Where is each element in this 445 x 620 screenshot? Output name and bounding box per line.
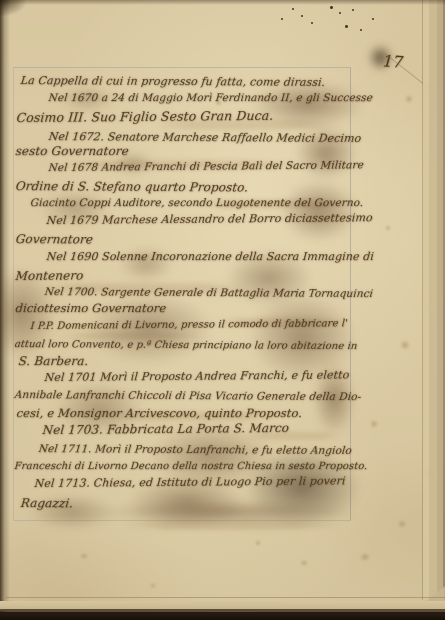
page-stack-edge xyxy=(6,597,445,598)
manuscript-line: Nel 1690 Solenne Incoronazione della Sac… xyxy=(46,250,374,263)
manuscript-line: Nel 1703. Fabbricata La Porta S. Marco xyxy=(42,421,290,437)
manuscript-line: sesto Governatore xyxy=(15,144,129,158)
top-left-corner-shadow xyxy=(0,0,26,16)
manuscript-line: Giacinto Coppi Auditore, secondo Luogote… xyxy=(30,197,364,209)
manuscript-line: Nel 1711. Morì il Proposto Lanfranchi, e… xyxy=(38,443,352,457)
manuscript-line: Nel 1678 Andrea Franchi di Pescia Balì d… xyxy=(48,159,364,174)
manuscript-line: Nel 1701 Morì il Proposto Andrea Franchi… xyxy=(44,368,350,384)
background-dark-strip xyxy=(0,612,445,620)
text-block: La Cappella di cui in progresso fu fatta… xyxy=(0,0,445,620)
manuscript-line: I P.P. Domenicani di Livorno, presso il … xyxy=(30,318,348,332)
manuscript-line: Nel 1700. Sargente Generale di Battaglia… xyxy=(44,286,374,300)
manuscript-line: Cosimo III. Suo Figlio Sesto Gran Duca. xyxy=(16,108,274,125)
manuscript-line: Montenero xyxy=(15,268,84,283)
binding-shadow xyxy=(0,0,10,620)
manuscript-line: cesi, e Monsignor Arcivescovo, quinto Pr… xyxy=(16,406,303,420)
top-edge-shadow xyxy=(0,0,445,5)
manuscript-line: Governatore xyxy=(15,232,94,246)
manuscript-line: Annibale Lanfranchi Chiccoli di Pisa Vic… xyxy=(14,389,362,403)
manuscript-page: 17 La Cappella di cui in progresso fu fa… xyxy=(0,0,445,620)
manuscript-line: attual loro Convento, e p.ª Chiesa princ… xyxy=(14,339,358,352)
manuscript-line: diciottesimo Governatore xyxy=(15,301,167,315)
manuscript-line: Nel 1670 a 24 di Maggio Morì Ferdinando … xyxy=(48,92,373,104)
manuscript-line: Nel 1713. Chiesa, ed Istituto di Luogo P… xyxy=(34,474,346,490)
manuscript-line: Franceschi di Livorno Decano della nostr… xyxy=(14,461,368,472)
manuscript-line: S. Barbera. xyxy=(18,354,89,368)
manuscript-line: La Cappella di cui in progresso fu fatta… xyxy=(20,74,326,89)
manuscript-line: Ragazzi. xyxy=(20,496,74,510)
page-corner-curl xyxy=(425,586,445,602)
manuscript-line: Nel 1672. Senatore Marchese Raffaello Me… xyxy=(48,130,362,145)
manuscript-line: Ordine di S. Stefano quarto Proposto. xyxy=(15,179,249,194)
book-fore-edge xyxy=(422,0,445,600)
manuscript-line: Nel 1679 Marchese Alessandro del Borro d… xyxy=(46,211,373,227)
